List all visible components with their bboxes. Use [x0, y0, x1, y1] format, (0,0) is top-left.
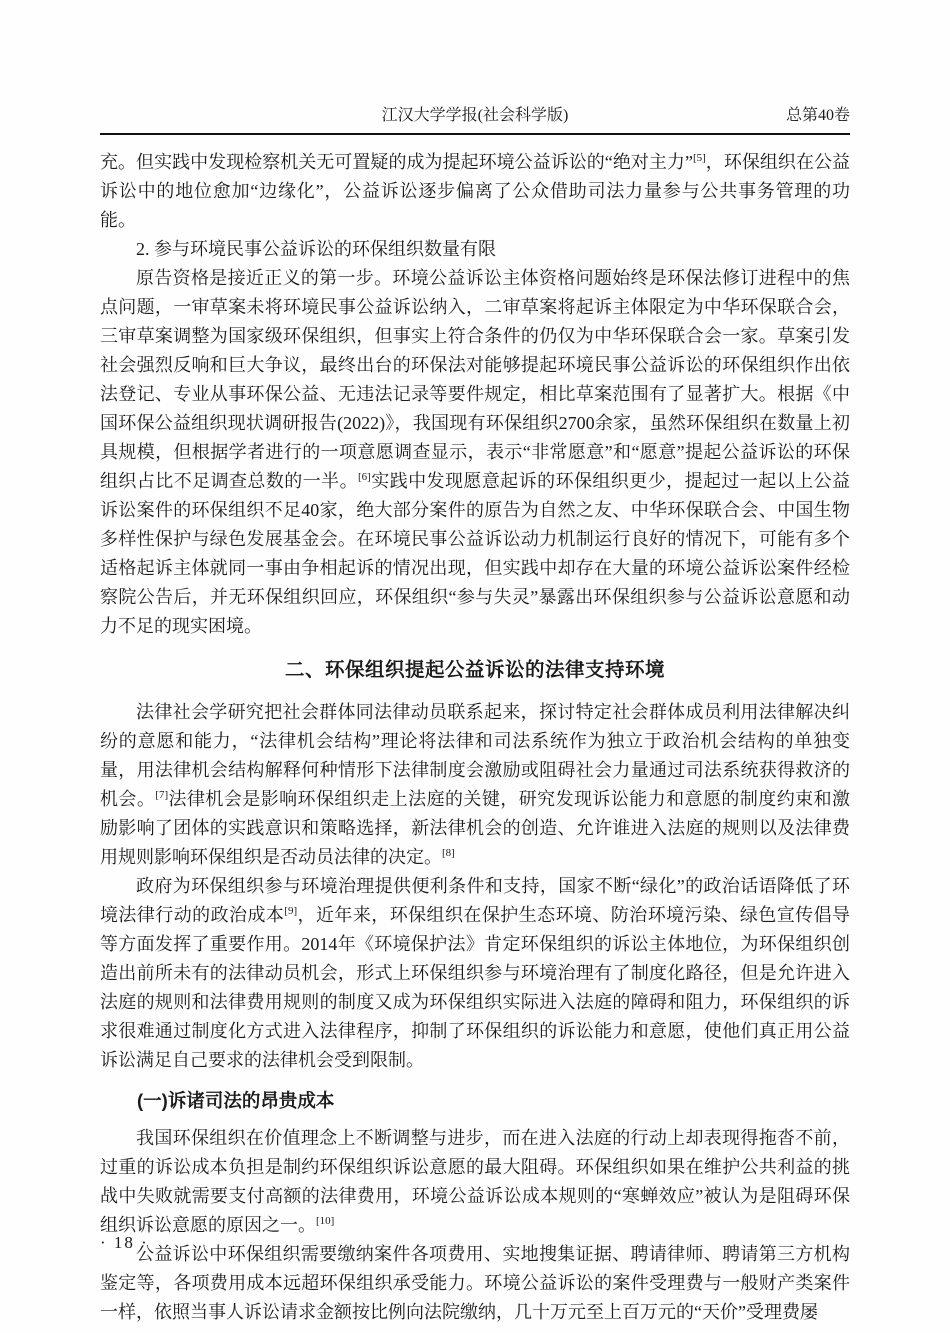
paragraph: 政府为环保组织参与环境治理提供便利条件和支持，国家不断“绿化”的政治话语降低了环…	[100, 872, 850, 1075]
footnote-ref: [10]	[316, 1215, 334, 1227]
page-footer: · 18 ·	[100, 1233, 149, 1253]
paragraph: 法律社会学研究把社会群体同法律动员联系起来，探讨特定社会群体成员利用法律解决纠纷…	[100, 698, 850, 872]
volume-label: 总第40卷	[786, 106, 850, 126]
footnote-ref: [6]	[358, 471, 371, 483]
section-heading: 二、环保组织提起公益诉讼的法律支持环境	[100, 656, 850, 685]
footnote-ref: [8]	[442, 847, 455, 859]
article-body: 充。但实践中发现检察机关无可置疑的成为提起环境公益诉讼的“绝对主力”[5]，环保…	[100, 135, 850, 1327]
paragraph: 2. 参与环境民事公益诉讼的环保组织数量有限	[100, 235, 850, 264]
journal-page: 江汉大学学报(社会科学版) 总第40卷 充。但实践中发现检察机关无可置疑的成为提…	[0, 0, 950, 1333]
subsection-heading: (一)诉诸司法的昂贵成本	[100, 1086, 850, 1115]
paragraph: 充。但实践中发现检察机关无可置疑的成为提起环境公益诉讼的“绝对主力”[5]，环保…	[100, 148, 850, 235]
paragraph: 我国环保组织在价值理念上不断调整与进步，而在进入法庭的行动上却表现得拖沓不前，过…	[100, 1124, 850, 1240]
page-number: · 18 ·	[100, 1233, 149, 1252]
footnote-ref: [5]	[693, 152, 706, 164]
running-header: 江汉大学学报(社会科学版) 总第40卷	[100, 0, 850, 126]
paragraph: 原告资格是接近正义的第一步。环境公益诉讼主体资格问题始终是环保法修订进程中的焦点…	[100, 264, 850, 641]
text-column: 江汉大学学报(社会科学版) 总第40卷 充。但实践中发现检察机关无可置疑的成为提…	[100, 0, 850, 1327]
paragraph: 公益诉讼中环保组织需要缴纳案件各项费用、实地搜集证据、聘请律师、聘请第三方机构鉴…	[100, 1240, 850, 1327]
journal-title: 江汉大学学报(社会科学版)	[382, 107, 569, 124]
footnote-ref: [7]	[155, 789, 168, 801]
footnote-ref: [9]	[284, 905, 297, 917]
